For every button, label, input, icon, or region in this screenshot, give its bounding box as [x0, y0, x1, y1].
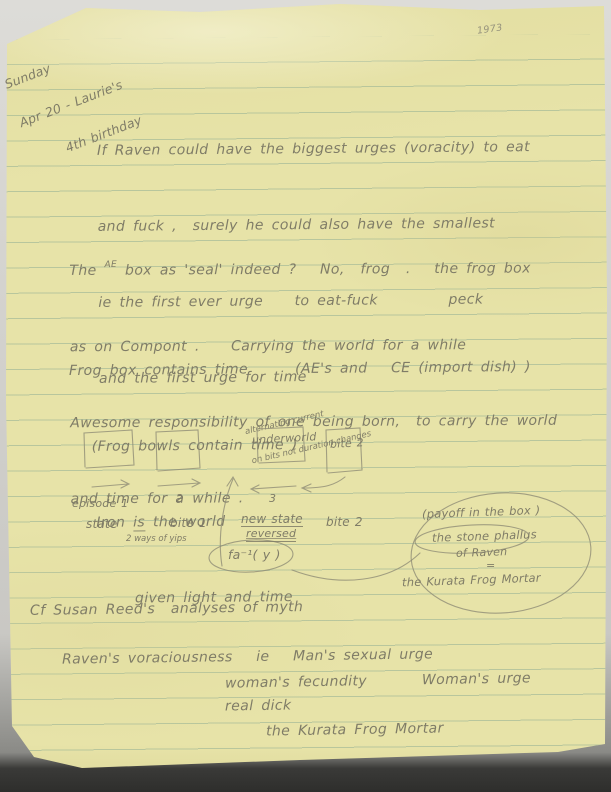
p2-line1: The AE box as 'seal' indeed ? No, frog .… — [69, 253, 556, 285]
corner-note-line1: Sunday — [3, 38, 115, 92]
bottom-line3: real dick — [225, 694, 292, 720]
p1-line1: If Raven could have the biggest urges (v… — [97, 135, 530, 164]
label-2: 2 — [176, 492, 183, 506]
year-note: 1973 — [475, 15, 504, 44]
label-3: 3 — [269, 492, 276, 506]
scanned-note-page: Sunday Apr 20 - Laurie's 4th birthday 19… — [0, 0, 611, 792]
p2-line1-pre: The — [69, 263, 104, 279]
p2-line1-superscript: AE — [104, 260, 117, 270]
p2-line1-post: box as 'seal' indeed ? No, frog . the fr… — [117, 260, 531, 278]
label-bite1: bite 1 — [170, 516, 207, 530]
bottom-line2: woman's fecundity Woman's urge — [225, 666, 531, 697]
label-bite2: bite 2 — [326, 515, 363, 529]
oval-of-raven: of Raven — [456, 545, 508, 561]
label-yips-note: 2 ways of yips — [126, 534, 187, 544]
cf-susan-reed-line: Cf Susan Reed's analyses of myth — [30, 595, 304, 624]
label-new-state: new state — [241, 512, 303, 527]
label-inverse-function: fa⁻¹( y ) — [228, 548, 281, 562]
bottom-line4: the Kurata Frog Mortar — [266, 716, 444, 745]
p3-line1: Frog box contains time (AE's and CE (imp… — [69, 355, 531, 384]
p3-is-underlined: is — [133, 515, 145, 532]
label-bite2-top: bite 2 — [330, 436, 365, 452]
label-state: state — [86, 517, 117, 531]
oval-equals: = — [486, 559, 495, 573]
label-reversed: reversed — [246, 527, 296, 542]
label-episode1: episode 1 — [72, 497, 128, 511]
